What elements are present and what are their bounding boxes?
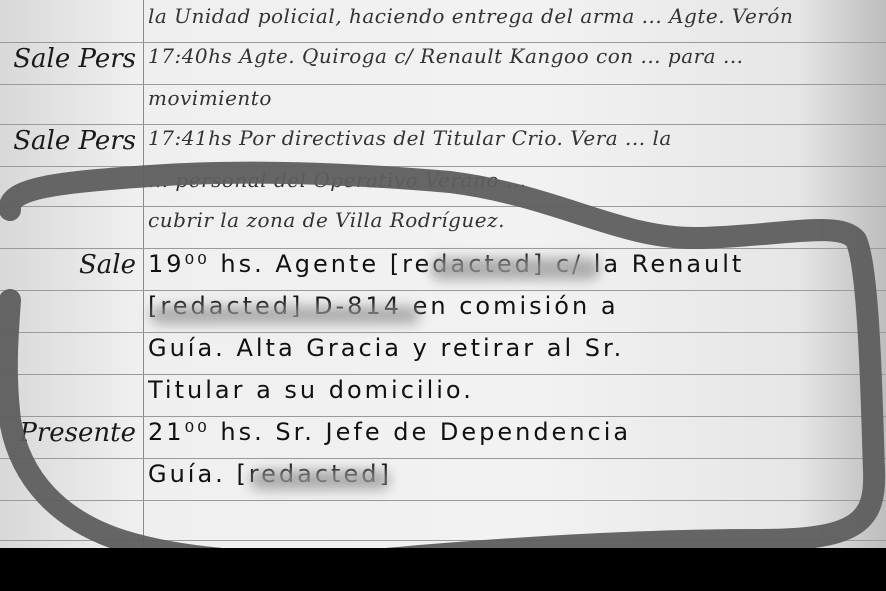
entry-text: movimiento bbox=[148, 86, 886, 110]
background-edge bbox=[0, 548, 886, 591]
ruled-line bbox=[0, 206, 886, 207]
ruled-line bbox=[0, 416, 886, 417]
ruled-line bbox=[0, 290, 886, 291]
ruled-line bbox=[0, 458, 886, 459]
log-entry-row: ... personal del Operativo Verano ... bbox=[0, 168, 886, 198]
entry-text: 21⁰⁰ hs. Sr. Jefe de Dependencia bbox=[148, 418, 886, 446]
entry-text: la Unidad policial, haciendo entrega del… bbox=[148, 4, 886, 28]
log-entry-row: Titular a su domicilio. bbox=[0, 376, 886, 406]
entry-text: Titular a su domicilio. bbox=[148, 376, 886, 404]
entry-text: 17:40hs Agte. Quiroga c/ Renault Kangoo … bbox=[148, 44, 886, 68]
log-entry-row: Sale Pers17:40hs Agte. Quiroga c/ Renaul… bbox=[0, 44, 886, 74]
ruled-line bbox=[0, 248, 886, 249]
log-entry-row: movimiento bbox=[0, 86, 886, 116]
ruled-line bbox=[0, 42, 886, 43]
entry-text: Guía. Alta Gracia y retirar al Sr. bbox=[148, 334, 886, 362]
logbook-page: la Unidad policial, haciendo entrega del… bbox=[0, 0, 886, 548]
ruled-line bbox=[0, 332, 886, 333]
redaction-blur bbox=[250, 470, 390, 490]
log-entry-row: [redacted] D-814 en comisión a bbox=[0, 292, 886, 322]
log-entry-row: Guía. [redacted] bbox=[0, 460, 886, 490]
log-entry-row: Presente21⁰⁰ hs. Sr. Jefe de Dependencia bbox=[0, 418, 886, 448]
ruled-line bbox=[0, 540, 886, 541]
redaction-blur bbox=[150, 306, 420, 324]
entry-text: cubrir la zona de Villa Rodríguez. bbox=[148, 208, 886, 232]
entry-text: ... personal del Operativo Verano ... bbox=[148, 168, 886, 192]
log-entry-row: la Unidad policial, haciendo entrega del… bbox=[0, 4, 886, 34]
entry-label: Sale bbox=[0, 250, 140, 280]
ruled-line bbox=[0, 374, 886, 375]
entry-label: Sale Pers bbox=[0, 126, 140, 156]
ruled-line bbox=[0, 500, 886, 501]
redaction-blur bbox=[430, 258, 600, 280]
ruled-line bbox=[0, 124, 886, 125]
log-entry-row: Guía. Alta Gracia y retirar al Sr. bbox=[0, 334, 886, 364]
entry-text: 17:41hs Por directivas del Titular Crio.… bbox=[148, 126, 886, 150]
ruled-line bbox=[0, 166, 886, 167]
log-entry-row: cubrir la zona de Villa Rodríguez. bbox=[0, 208, 886, 238]
entry-label: Sale Pers bbox=[0, 44, 140, 74]
log-entry-row: Sale Pers17:41hs Por directivas del Titu… bbox=[0, 126, 886, 156]
entry-label: Presente bbox=[0, 418, 140, 448]
ruled-line bbox=[0, 84, 886, 85]
